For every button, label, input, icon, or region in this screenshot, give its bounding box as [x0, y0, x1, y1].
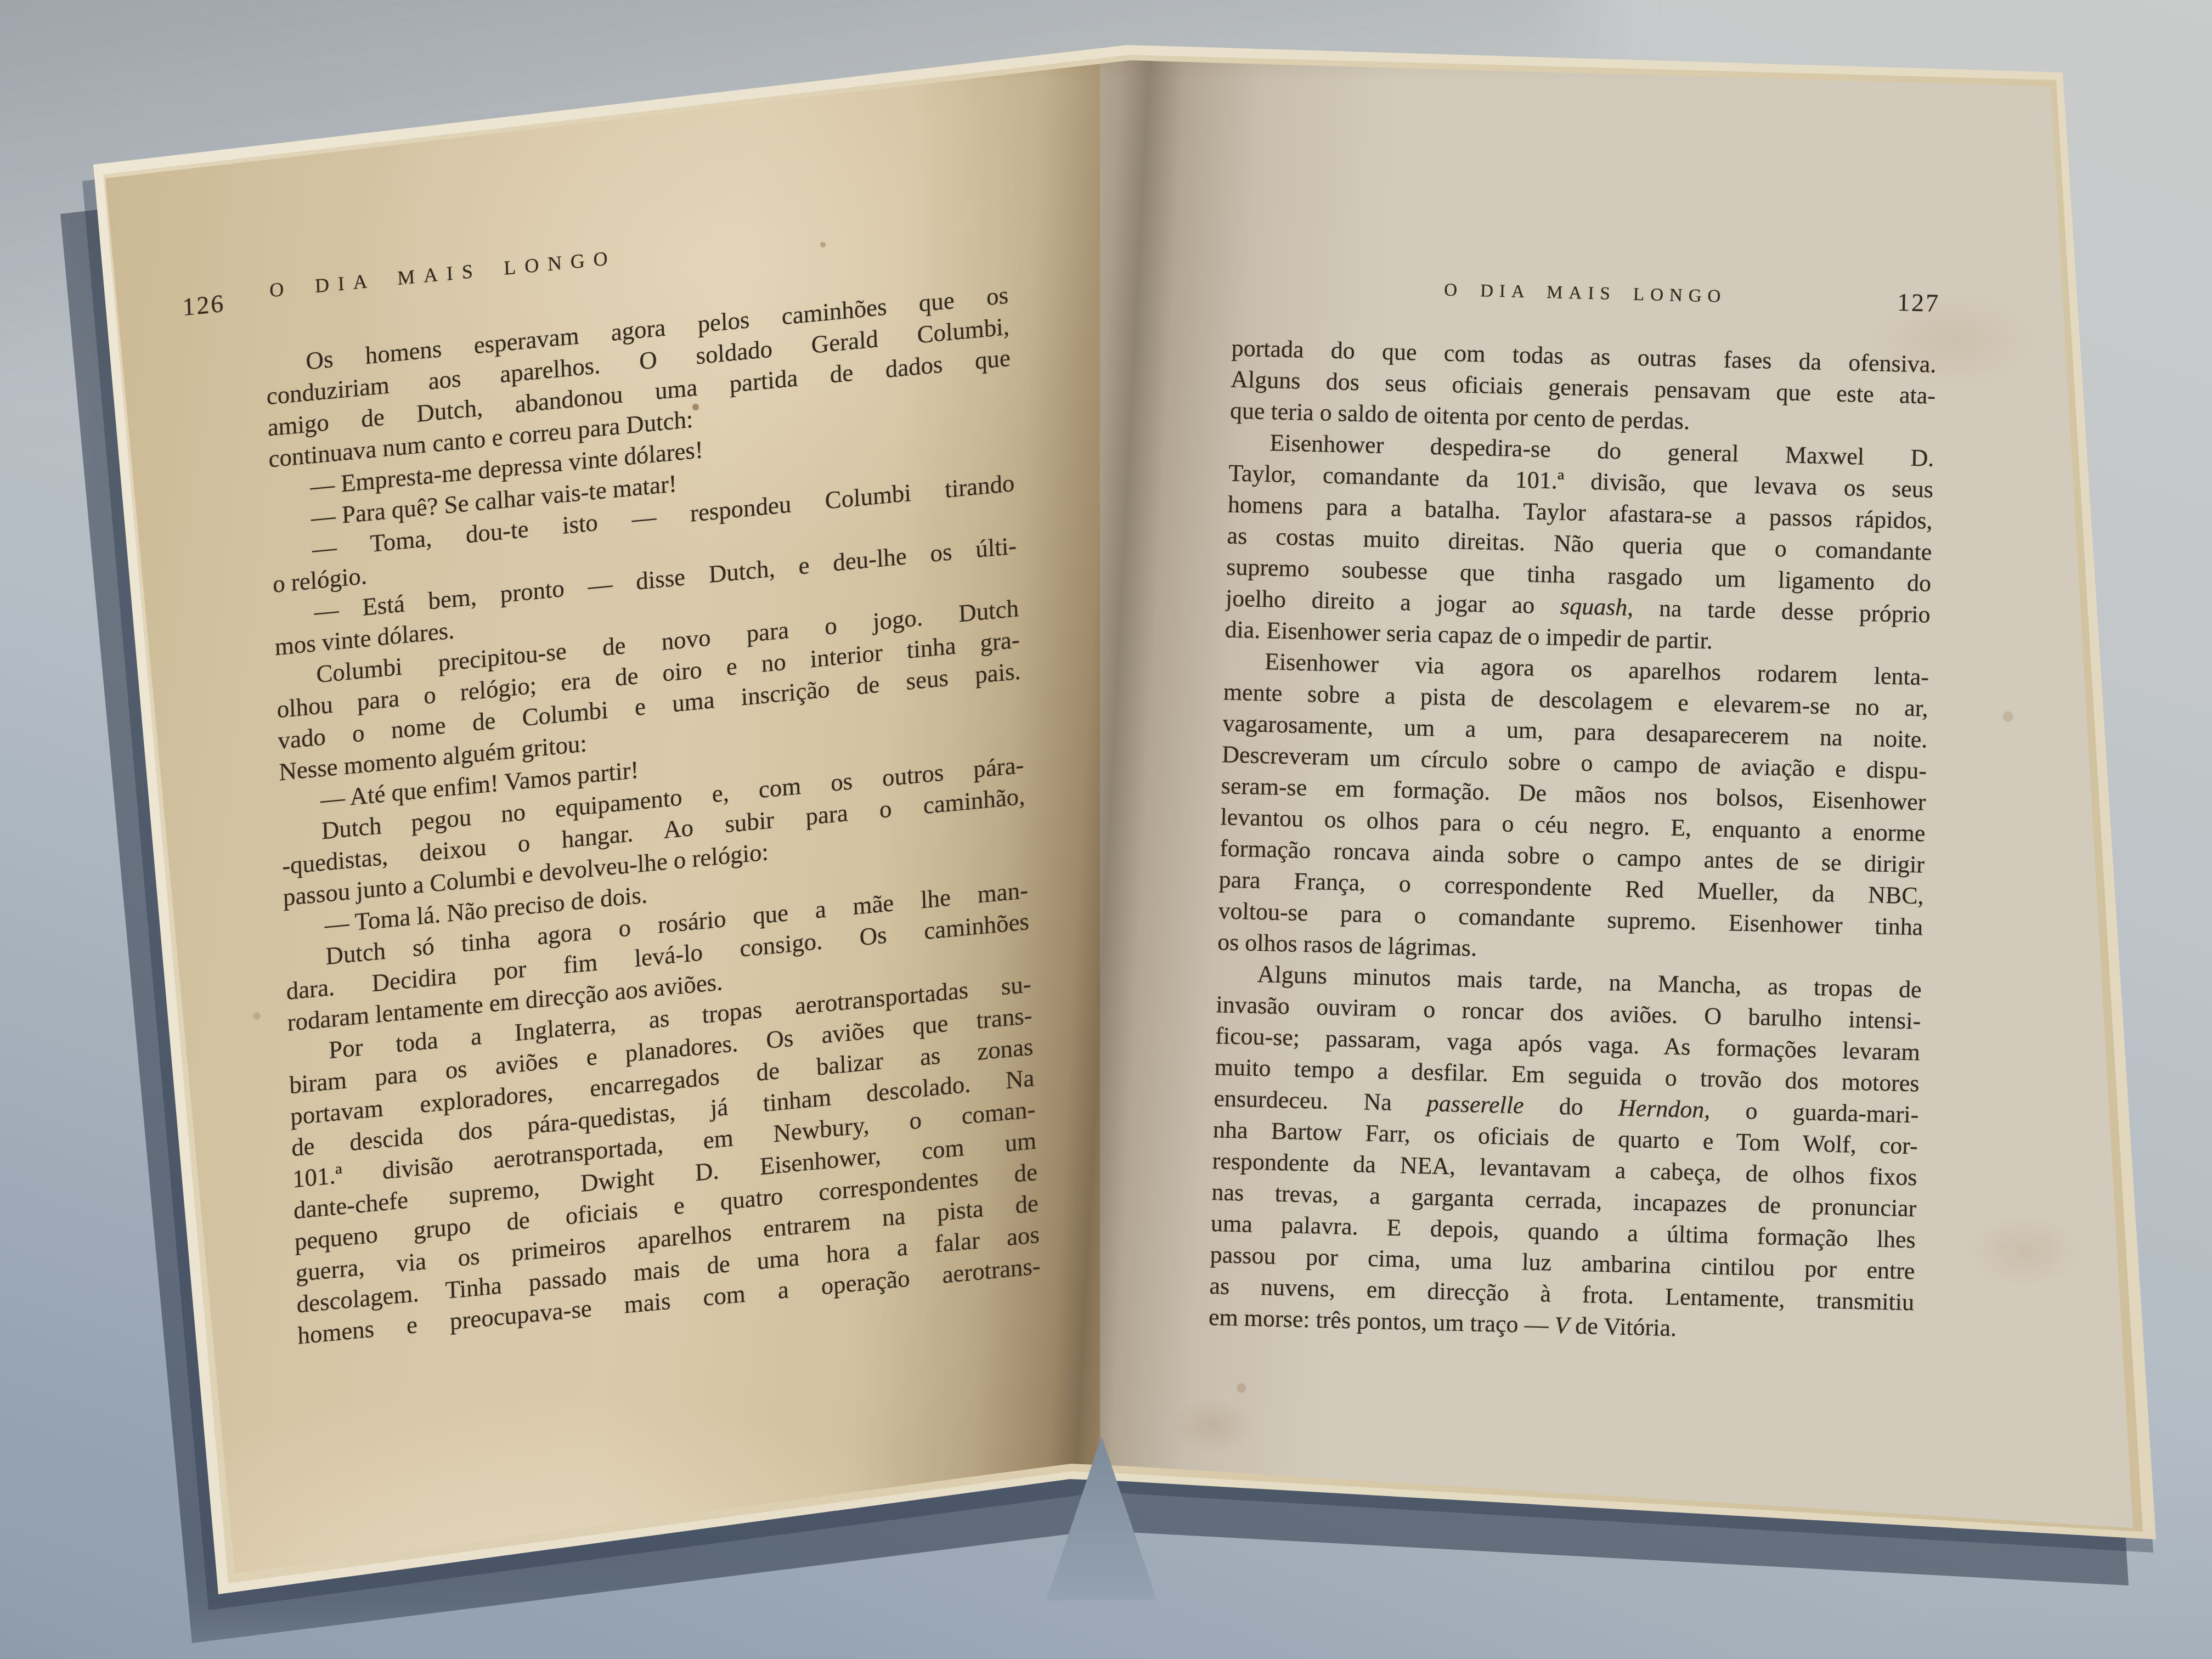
- open-book: 126 O DIA MAIS LONGO Os homens esperavam…: [0, 0, 2212, 1659]
- right-text-column: portada do que com todas as outras fases…: [1208, 332, 1937, 1350]
- photo-backdrop: 126 O DIA MAIS LONGO Os homens esperavam…: [0, 0, 2212, 1659]
- page-number-right: 127: [1897, 287, 1940, 318]
- left-text-column: Os homens esperavam agora pelos caminhõe…: [265, 279, 1041, 1351]
- page-right-127: O DIA MAIS LONGO 127 portada do que com …: [1208, 272, 1938, 1350]
- page-left-126: 126 O DIA MAIS LONGO Os homens esperavam…: [263, 206, 1041, 1352]
- running-title-right: O DIA MAIS LONGO: [1444, 280, 1727, 307]
- page-number-left: 126: [182, 289, 225, 321]
